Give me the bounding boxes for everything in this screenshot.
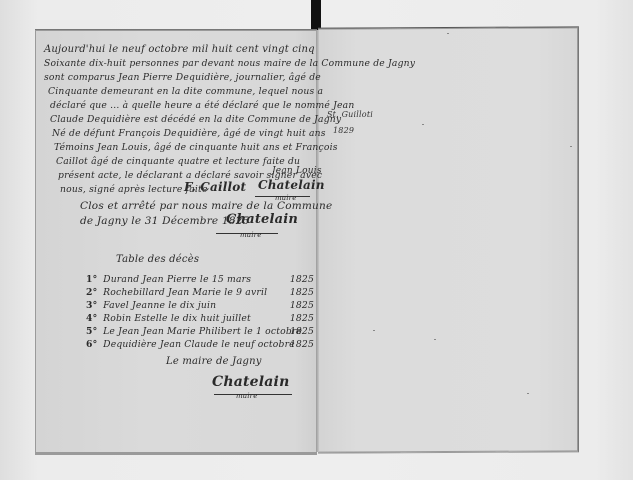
- row-number: 1°: [86, 274, 100, 285]
- body-line: Cinquante demeurant en la dite commune, …: [48, 86, 323, 97]
- row-number: 4°: [86, 313, 100, 324]
- marginal-note-line: St. Guilloti: [327, 110, 373, 119]
- row-entry: Rochebillard Jean Marie le 9 avril: [103, 287, 267, 298]
- final-mayor-title: maire: [236, 392, 258, 400]
- row-entry: Favel Jeanne le dix juin: [103, 300, 216, 311]
- row-year: 1825: [290, 274, 314, 285]
- closing-line: de Jagny le 31 Décembre 1825: [80, 215, 249, 227]
- witness-signature: Jean Louis: [272, 166, 322, 176]
- witness-signature: F. Caillot: [184, 180, 246, 194]
- row-number: 2°: [86, 287, 100, 298]
- table-row: 3° Favel Jeanne le dix juin 1825: [86, 300, 314, 311]
- table-row: 5° Le Jean Jean Marie Philibert le 1 oct…: [86, 326, 314, 337]
- paper-speck: [434, 339, 436, 340]
- final-attestation: Le maire de Jagny: [166, 356, 262, 367]
- row-year: 1825: [290, 287, 314, 298]
- row-number: 3°: [86, 300, 100, 311]
- body-line: Témoins Jean Louis, âgé de cinquante hui…: [54, 142, 338, 153]
- row-entry: Durand Jean Pierre le 15 mars: [103, 274, 251, 285]
- table-row: 6° Dequidière Jean Claude le neuf octobr…: [86, 339, 314, 350]
- paper-speck: [422, 124, 424, 125]
- body-line: Né de défunt François Dequidière, âgé de…: [52, 128, 326, 139]
- table-row: 4° Robin Estelle le dix huit juillet 182…: [86, 313, 314, 324]
- marginal-note-line: 1829: [333, 126, 354, 135]
- row-entry: Robin Estelle le dix huit juillet: [103, 313, 251, 324]
- body-line: Aujourd'hui le neuf octobre mil huit cen…: [44, 44, 315, 55]
- row-year: 1825: [290, 313, 314, 324]
- body-line: Claude Dequidière est décédé en la dite …: [50, 114, 341, 125]
- paper-speck: [373, 330, 375, 331]
- row-entry: Le Jean Jean Marie Philibert le 1 octobr…: [103, 326, 302, 337]
- row-year: 1825: [290, 326, 314, 337]
- row-number: 6°: [86, 339, 100, 350]
- body-line: Caillot âgé de cinquante quatre et lectu…: [56, 156, 300, 167]
- mayor-signature: Chatelain: [258, 178, 325, 192]
- paper-speck: [570, 146, 572, 147]
- closing-mayor-signature: Chatelain: [226, 212, 298, 227]
- body-line: déclaré que ... à quelle heure a été déc…: [50, 100, 354, 111]
- table-row: 1° Durand Jean Pierre le 15 mars 1825: [86, 274, 314, 285]
- right-page: [318, 26, 579, 453]
- closing-line: Clos et arrêté par nous maire de la Comm…: [80, 200, 332, 212]
- body-line: sont comparus Jean Pierre Dequidière, jo…: [44, 72, 321, 83]
- table-row: 2° Rochebillard Jean Marie le 9 avril 18…: [86, 287, 314, 298]
- table-heading: Table des décès: [116, 254, 199, 265]
- closing-mayor-title: maire: [240, 231, 262, 239]
- row-entry: Dequidière Jean Claude le neuf octobre: [103, 339, 295, 350]
- paper-speck: [447, 33, 449, 34]
- body-line: Soixante dix-huit personnes par devant n…: [44, 58, 415, 69]
- paper-speck: [527, 393, 529, 394]
- row-year: 1825: [290, 300, 314, 311]
- final-mayor-signature: Chatelain: [212, 374, 289, 390]
- row-number: 5°: [86, 326, 100, 337]
- row-year: 1825: [290, 339, 314, 350]
